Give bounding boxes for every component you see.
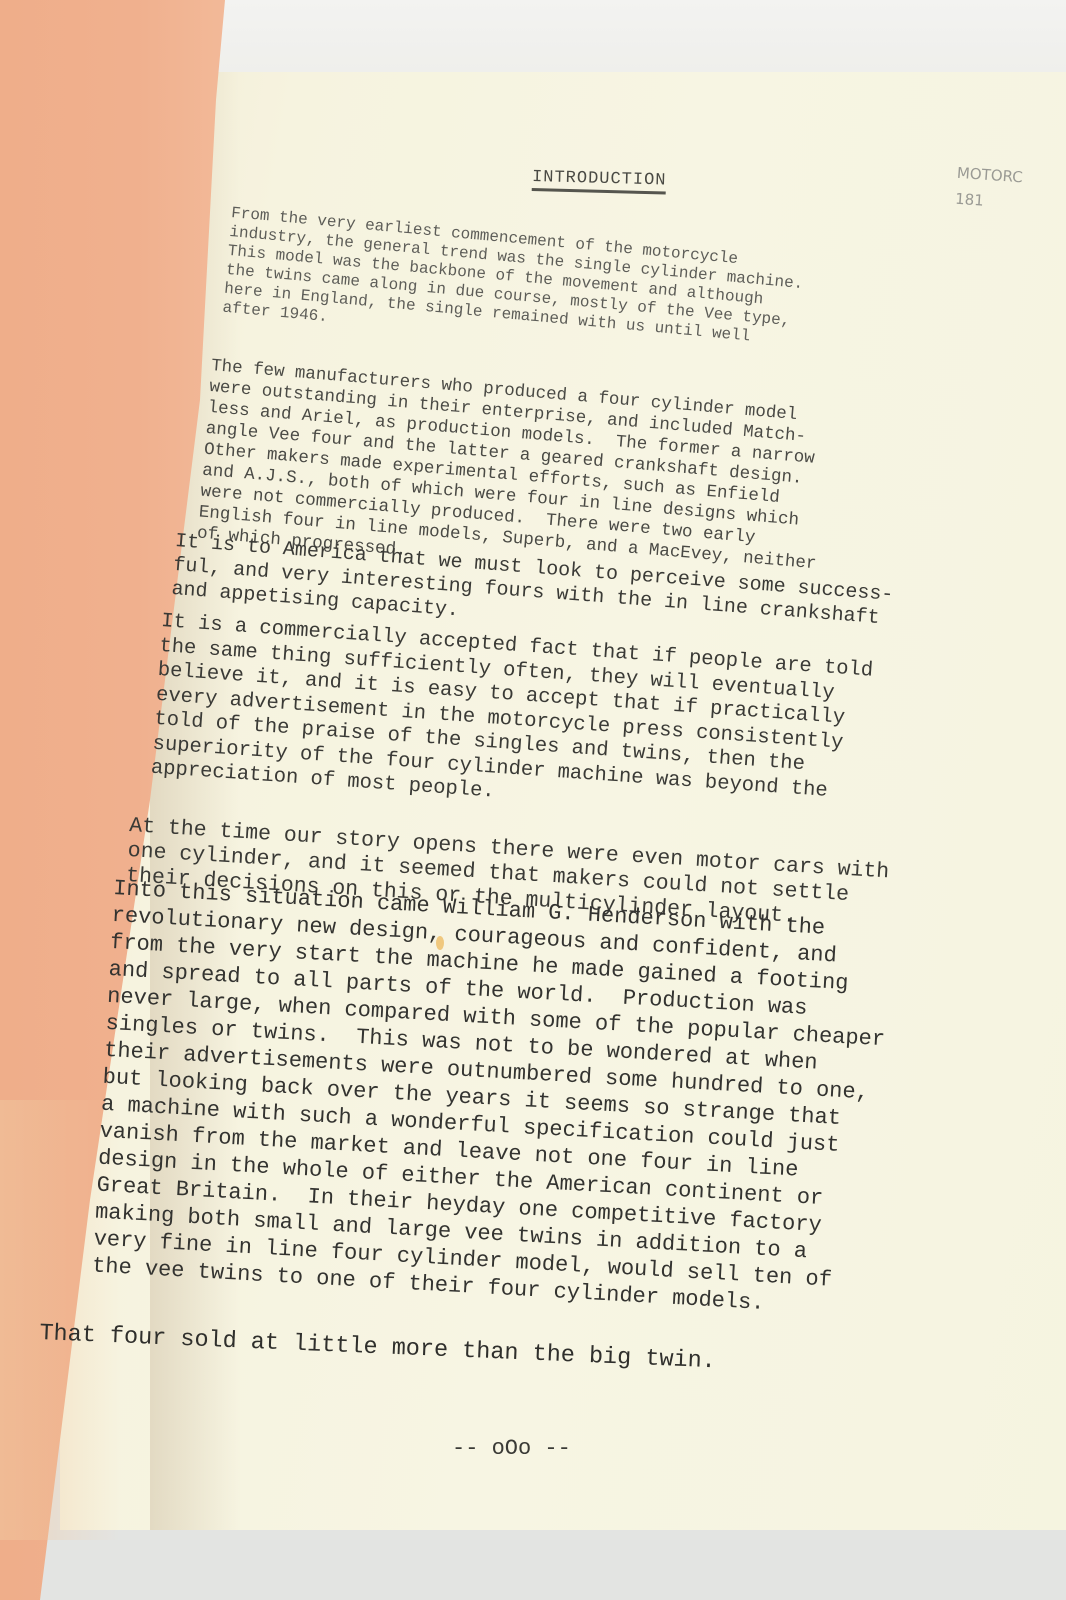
paragraph-6: Into this situation came William G. Hend… xyxy=(91,875,891,1323)
text-line: That four sold at little more than the b… xyxy=(39,1320,717,1376)
margin-note-line: 181 xyxy=(955,190,985,210)
end-mark: -- oOo -- xyxy=(452,1436,571,1461)
paragraph-1: From the very earliest commencement of t… xyxy=(222,204,806,370)
page-content: INTRODUCTION MOTORC 181 From the very ea… xyxy=(0,0,1066,1600)
paragraph-7: That four sold at little more than the b… xyxy=(39,1320,717,1376)
paper-stain xyxy=(436,936,444,950)
pencil-margin-note: MOTORC 181 xyxy=(954,160,1023,216)
margin-note-line: MOTORC xyxy=(956,164,1023,187)
page-heading: INTRODUCTION xyxy=(532,168,667,195)
